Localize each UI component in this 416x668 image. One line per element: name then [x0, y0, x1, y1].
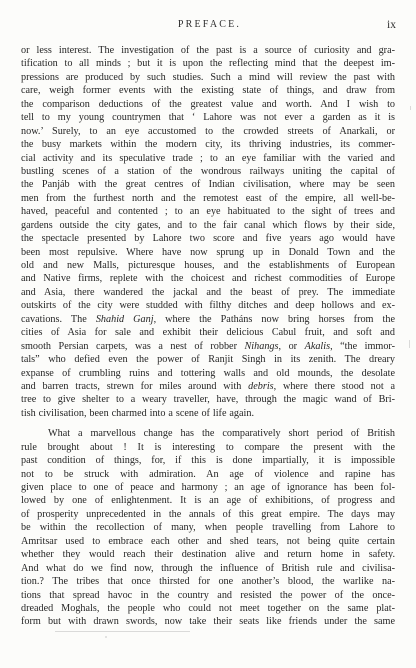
text-line: gardens outside the city gates, and to t…	[21, 219, 395, 232]
text-line: tion.? The tribes that once thirsted for…	[21, 575, 395, 588]
text-line: outskirts of the city were studded with …	[21, 299, 395, 312]
text-line: form but with drawn swords, now take the…	[21, 615, 395, 628]
text-line: whether they would reach their destinati…	[21, 548, 395, 561]
text-line: be within the recollection of many, when…	[21, 521, 395, 534]
text-line: and Native firms, replete with the choic…	[21, 272, 395, 285]
text-line: care, weigh former events with the exist…	[21, 84, 395, 97]
text-line: expanse of crumbling ruins and tottering…	[21, 367, 395, 380]
text-line: or less interest. The investigation of t…	[21, 44, 395, 57]
text-line: What a marvellous change has the compara…	[21, 427, 395, 440]
text-line: the busy markets within the modern city,…	[21, 138, 395, 151]
scan-artifact	[409, 340, 410, 348]
text-line: not to be struck with admiration. An age…	[21, 468, 395, 481]
text-line: cial activity and its speculative trade …	[21, 152, 395, 165]
text-line: lowed by one of enlightenment. It is an …	[21, 494, 395, 507]
text-line: the Panjáb with the great centres of Ind…	[21, 178, 395, 191]
text-line: and barren tracts, strewn for miles arou…	[21, 380, 395, 393]
page-title: PREFACE.	[21, 19, 398, 30]
text-line: dreaded Moghals, the people who could no…	[21, 602, 395, 615]
text-line: and Asia, there wandered the jackal and …	[21, 286, 395, 299]
text-line: And what do we find now, through the inf…	[21, 562, 395, 575]
text-line: past condition of things, for, if this i…	[21, 454, 395, 467]
page-number: ix	[387, 19, 396, 31]
text-line: tell to my young countrymen that ‘ Lahor…	[21, 111, 395, 124]
paragraph: or less interest. The investigation of t…	[21, 44, 395, 420]
text-line: tification to all minds ; but it is upon…	[21, 57, 395, 70]
text-line: men from the furthest north and the remo…	[21, 192, 395, 205]
text-line: Amritsar used to embrace each other and …	[21, 535, 395, 548]
text-line: old and new Malls, picturesque houses, a…	[21, 259, 395, 272]
text-line: tree to give shelter to a weary travelle…	[21, 393, 395, 406]
text-line: cities of Asia for sale and exhibit thei…	[21, 326, 395, 339]
page-header: PREFACE. ix	[21, 19, 398, 33]
paragraph: What a marvellous change has the compara…	[21, 427, 395, 629]
text-line: cavations. The Shahid Ganj, where the Pa…	[21, 313, 395, 326]
page-text: or less interest. The investigation of t…	[21, 44, 395, 629]
book-page: PREFACE. ix or less interest. The invest…	[0, 0, 416, 668]
scan-artifact	[55, 631, 190, 632]
text-line: of prosperity unprecedented in the annal…	[21, 508, 395, 521]
text-line: smooth Persian carpets, was a nest of ro…	[21, 340, 395, 353]
text-line: haved, peaceful and contented ; to an ey…	[21, 205, 395, 218]
text-line: given place to one of peace and harmony …	[21, 481, 395, 494]
text-line: tals” who defied even the power of Ranji…	[21, 353, 395, 366]
text-line: now.’ Surely, to an eye accustomed to th…	[21, 125, 395, 138]
scan-artifact	[410, 106, 411, 110]
scan-artifact	[105, 636, 107, 638]
text-line: the spectacle presented by Lahore two sc…	[21, 232, 395, 245]
text-line: been most repulsive. Where have now spru…	[21, 246, 395, 259]
text-line: bustling scenes of a station of the wond…	[21, 165, 395, 178]
text-line: the comparison deductions of the greates…	[21, 98, 395, 111]
text-line: rule brought about ! It is interesting t…	[21, 441, 395, 454]
text-line: tions that spread havoc in the country a…	[21, 589, 395, 602]
text-line: pressions are produced by such studies. …	[21, 71, 395, 84]
text-line: tish civilisation, been charmed into a s…	[21, 407, 395, 420]
